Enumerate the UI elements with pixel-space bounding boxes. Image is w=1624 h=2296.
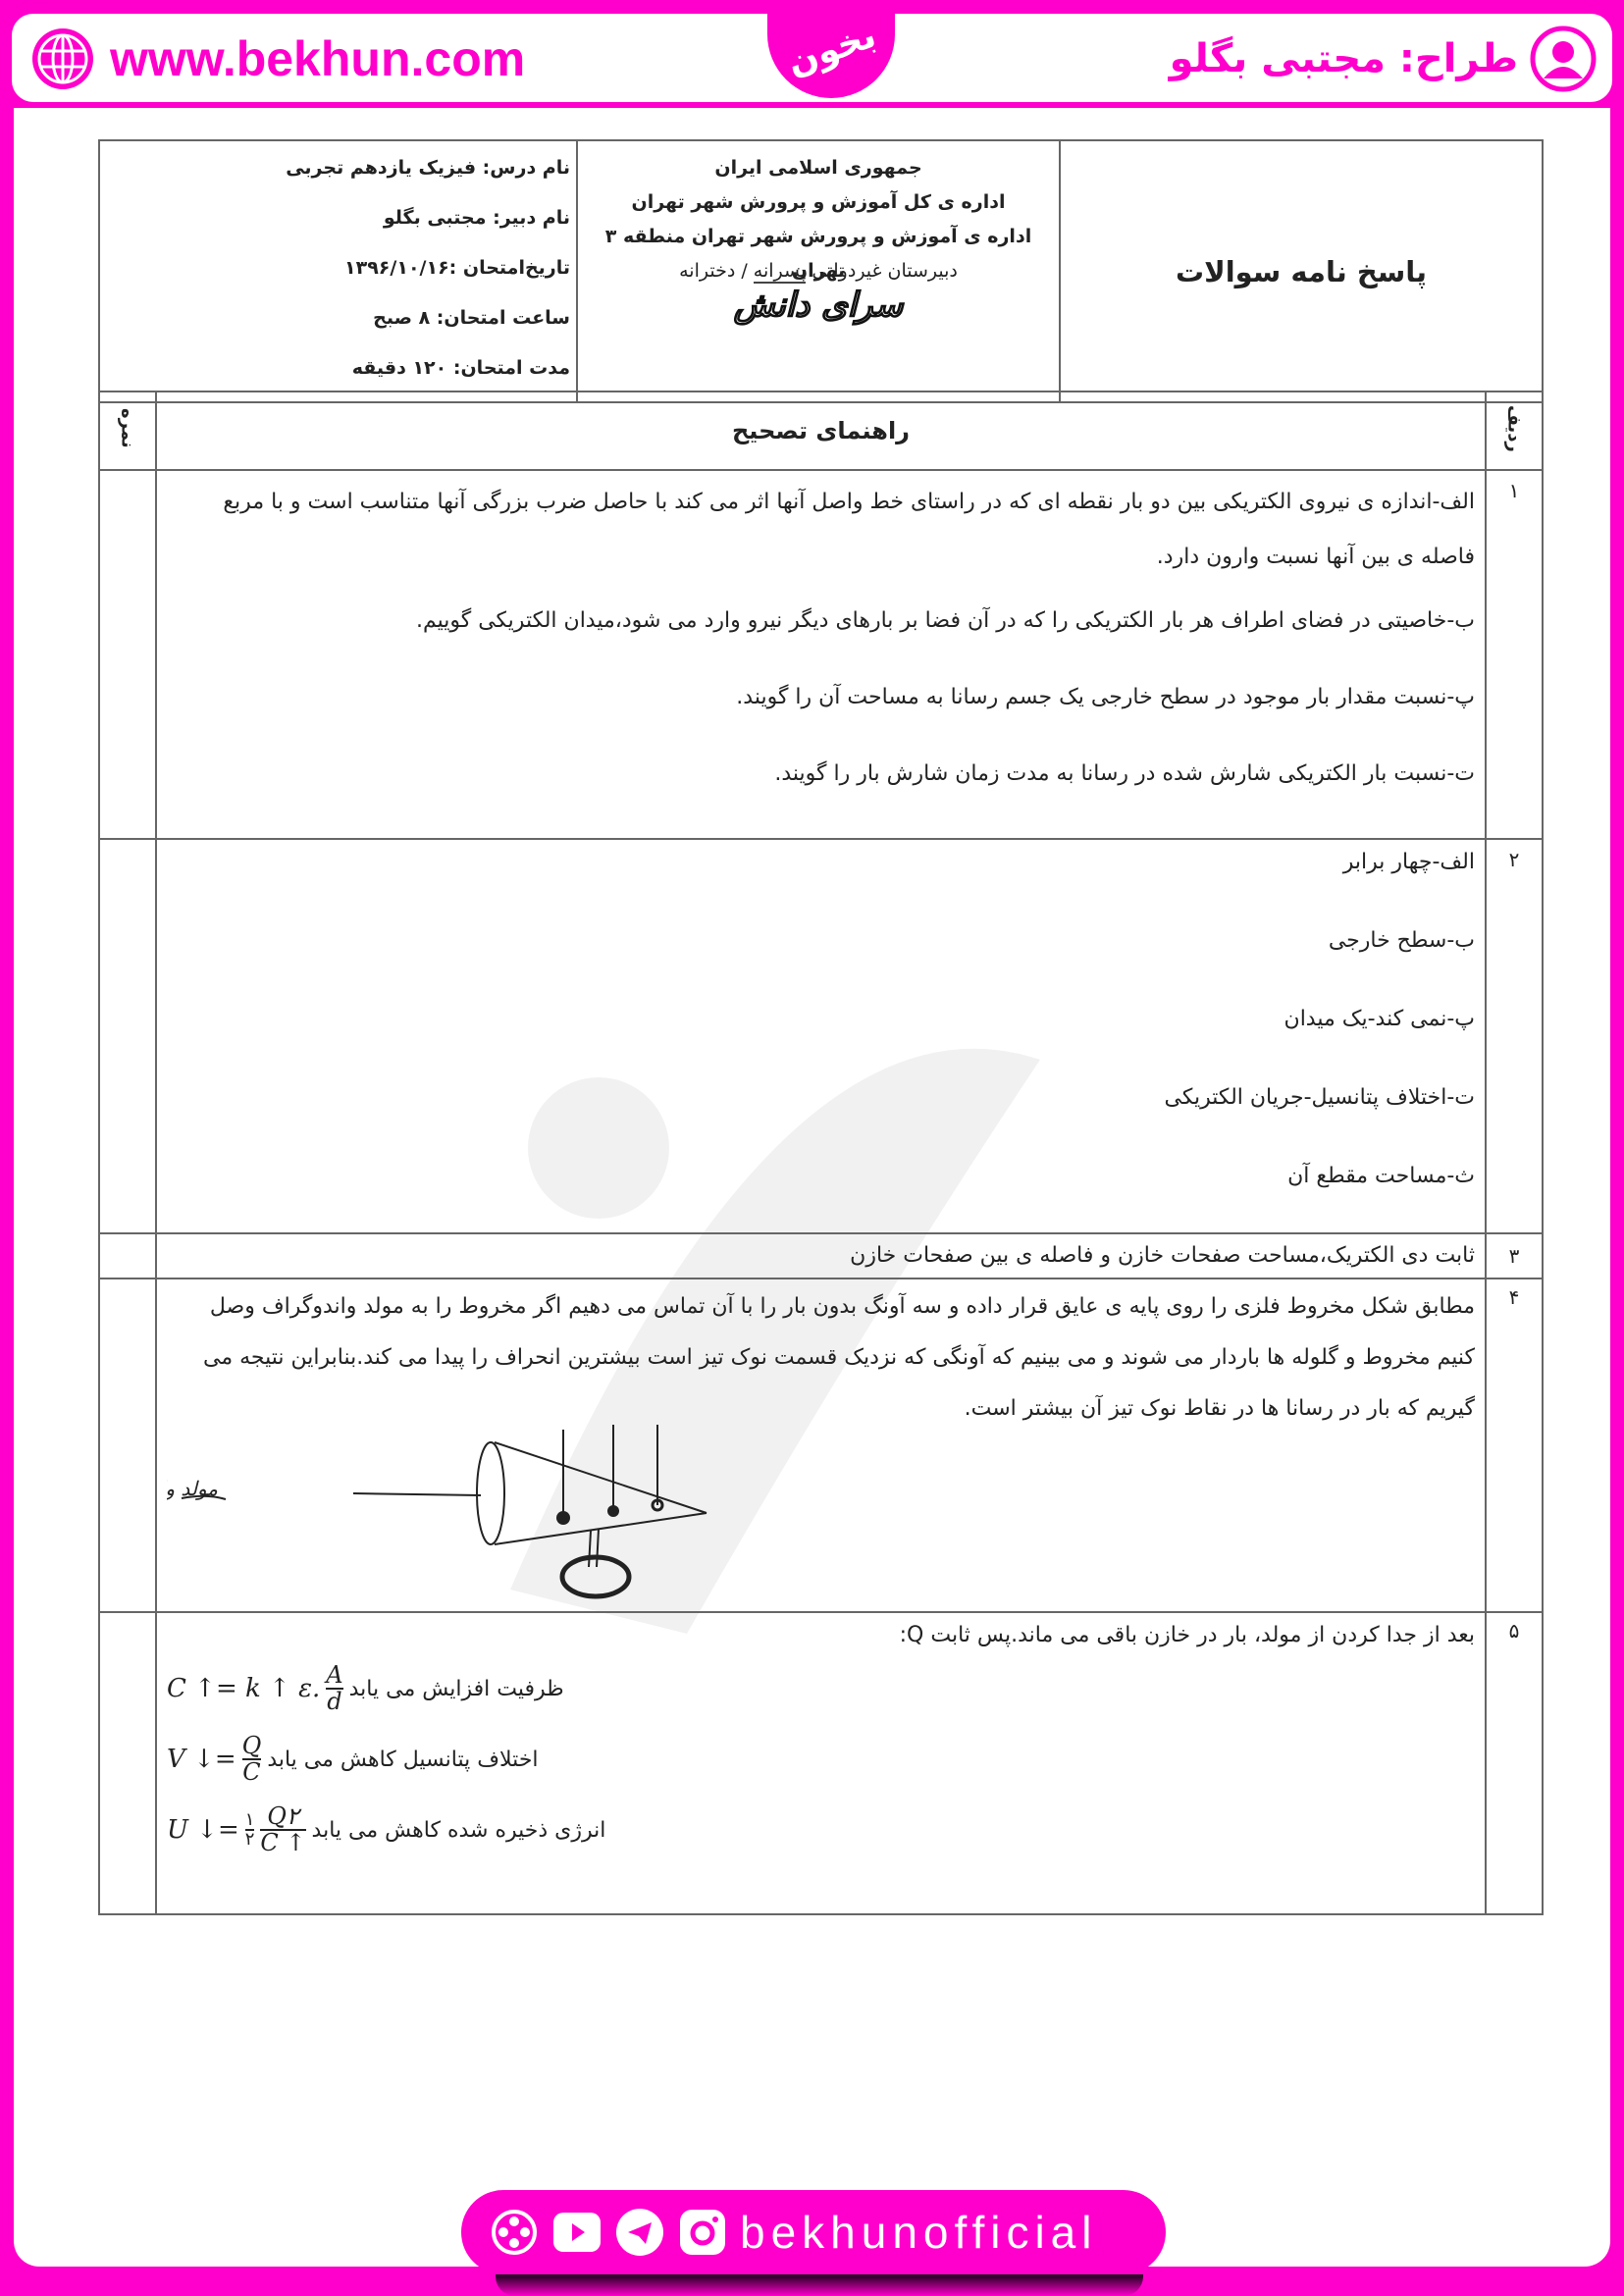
table-row: ۳ ثابت دی الکتریک،مساحت صفحات خازن و فاص… bbox=[99, 1233, 1543, 1278]
sheet-title-text: پاسخ نامه سوالات bbox=[1176, 255, 1427, 288]
school-logo: سرای دانش bbox=[579, 288, 1058, 323]
instagram-icon[interactable] bbox=[677, 2207, 728, 2258]
telegram-icon[interactable] bbox=[614, 2207, 665, 2258]
website-header[interactable]: www.bekhun.com bbox=[29, 22, 525, 96]
fraction: Q۲C ↑ bbox=[260, 1804, 305, 1855]
table-row: ۴ مطابق شکل مخروط فلزی را روی پایه ی عای… bbox=[99, 1278, 1543, 1612]
numerator: Q bbox=[242, 1734, 262, 1758]
website-url[interactable]: www.bekhun.com bbox=[110, 30, 525, 87]
numerator: Q۲ bbox=[267, 1804, 299, 1829]
answer-sheet-table: پاسخ نامه سوالات جمهوری اسلامی ایران ادا… bbox=[98, 139, 1544, 403]
logo-text: بخون bbox=[781, 15, 880, 83]
cone-figure: مولد واندوگراف bbox=[167, 1435, 1475, 1611]
school-prefix: دبیرستان غیردولتی bbox=[806, 260, 958, 282]
sheet-title: پاسخ نامه سوالات bbox=[1060, 140, 1543, 402]
answer-1d: ت-نسبت بار الکتریکی شارش شده در رسانا به… bbox=[167, 756, 1475, 793]
formula-desc: انرژی ذخیره شده کاهش می یابد bbox=[312, 1812, 606, 1849]
designer-name: طراح: مجتبی بگلو bbox=[1170, 36, 1518, 81]
ministry-block: جمهوری اسلامی ایران اداره ی کل آموزش و پ… bbox=[577, 140, 1060, 402]
score-label: نمره bbox=[118, 408, 138, 448]
row-number: ۴ bbox=[1486, 1278, 1543, 1612]
table-row: ۵ بعد از جدا کردن از مولد، بار در خازن ب… bbox=[99, 1612, 1543, 1914]
formula-desc: اختلاف پتانسیل کاهش می یابد bbox=[267, 1742, 538, 1778]
table-row: ۲ الف-چهار برابر ب-سطح خارجی پ-نمی کند-ی… bbox=[99, 839, 1543, 1233]
formula-desc: ظرفیت افزایش می یابد bbox=[349, 1671, 564, 1707]
table-row: ۱ الف-اندازه ی نیروی الکتریکی بین دو بار… bbox=[99, 470, 1543, 839]
score-cell bbox=[99, 470, 156, 839]
col-header-guide: راهنمای تصحیح bbox=[156, 391, 1486, 470]
col-header-row-number: ردیف bbox=[1486, 391, 1543, 470]
answer-1c: پ-نسبت مقدار بار موجود در سطح خارجی یک ج… bbox=[167, 679, 1475, 716]
denominator: C ↑ bbox=[260, 1831, 305, 1855]
table-header-row: ردیف راهنمای تصحیح نمره bbox=[99, 391, 1543, 470]
denominator: ۲ bbox=[245, 1831, 255, 1850]
user-icon bbox=[1530, 26, 1597, 92]
row-number: ۵ bbox=[1486, 1612, 1543, 1914]
answer-cell: الف-اندازه ی نیروی الکتریکی بین دو بار ن… bbox=[156, 470, 1486, 839]
answer-cell: مطابق شکل مخروط فلزی را روی پایه ی عایق … bbox=[156, 1278, 1486, 1612]
formula-energy: U ↓= ۱۲ Q۲C ↑ انرژی ذخیره شده کاهش می یا… bbox=[167, 1795, 1475, 1865]
ministry-line-3: اداره ی آموزش و پرورش شهر تهران منطقه ۳ … bbox=[579, 220, 1058, 254]
cone-electroscope-diagram: مولد واندوگراف bbox=[167, 1425, 716, 1601]
answers-table: ردیف راهنمای تصحیح نمره ۱ الف-اندازه ی ن… bbox=[98, 391, 1544, 1915]
formula-lhs: C ↑= k ↑ ε. bbox=[167, 1667, 320, 1710]
answer-1b: ب-خاصیتی در فضای اطراف هر بار الکتریکی ر… bbox=[167, 602, 1475, 640]
score-cell bbox=[99, 1278, 156, 1612]
exam-date: تاریخ‌امتحان :۱۳۹۶/۱۰/۱۶ bbox=[100, 251, 570, 301]
answer-2e: ث-مساحت مقطع آن bbox=[167, 1158, 1475, 1195]
answer-2d: ت-اختلاف پتانسیل-جریان الکتریکی bbox=[167, 1079, 1475, 1117]
row-number: ۱ bbox=[1486, 470, 1543, 839]
row-label: ردیف bbox=[1504, 405, 1525, 452]
formula-lhs: V ↓= bbox=[167, 1738, 236, 1781]
score-cell bbox=[99, 1233, 156, 1278]
aparat-icon[interactable] bbox=[489, 2207, 540, 2258]
ministry-line-2: اداره ی کل آموزش و پرورش شهر تهران bbox=[579, 185, 1058, 220]
social-handle[interactable]: bekhunofficial bbox=[740, 2206, 1097, 2259]
score-cell bbox=[99, 839, 156, 1233]
row-number: ۲ bbox=[1486, 839, 1543, 1233]
denominator: d bbox=[327, 1690, 341, 1714]
answer-5-intro: بعد از جدا کردن از مولد، بار در خازن باق… bbox=[167, 1617, 1475, 1653]
numerator: ۱ bbox=[245, 1811, 255, 1830]
school-type-selected: پسرانه bbox=[754, 260, 806, 284]
designer-header: طراح: مجتبی بگلو bbox=[1170, 22, 1597, 96]
fraction: QC bbox=[242, 1734, 262, 1785]
formula-capacitance: C ↑= k ↑ ε. Ad ظرفیت افزایش می یابد bbox=[167, 1653, 1475, 1724]
school-suffix: / دخترانه bbox=[679, 260, 754, 282]
formula-lhs: U ↓= bbox=[167, 1808, 239, 1852]
answer-2c: پ-نمی کند-یک میدان bbox=[167, 1001, 1475, 1038]
youtube-icon[interactable] bbox=[551, 2207, 602, 2258]
answer-2a: الف-چهار برابر bbox=[167, 844, 1475, 881]
exam-info: نام درس: فیزیک یازدهم تجربی نام دبیر: مج… bbox=[99, 140, 577, 402]
ministry-line-1: جمهوری اسلامی ایران bbox=[579, 151, 1058, 185]
score-cell bbox=[99, 1612, 156, 1914]
col-header-score: نمره bbox=[99, 391, 156, 470]
course-name: نام درس: فیزیک یازدهم تجربی bbox=[100, 151, 570, 201]
exam-time: ساعت امتحان: ۸ صبح bbox=[100, 301, 570, 351]
answer-cell: ثابت دی الکتریک،مساحت صفحات خازن و فاصله… bbox=[156, 1233, 1486, 1278]
figure-label: مولد واندوگراف bbox=[167, 1477, 218, 1500]
answer-2b: ب-سطح خارجی bbox=[167, 922, 1475, 960]
fraction: ۱۲ bbox=[245, 1811, 255, 1851]
school-line: دبیرستان غیردولتی پسرانه / دخترانه bbox=[579, 254, 1058, 288]
answer-1a: الف-اندازه ی نیروی الکتریکی بین دو بار ن… bbox=[167, 475, 1475, 585]
answer-cell: الف-چهار برابر ب-سطح خارجی پ-نمی کند-یک … bbox=[156, 839, 1486, 1233]
social-footer[interactable]: bekhunofficial bbox=[461, 2190, 1166, 2274]
answer-cell: بعد از جدا کردن از مولد، بار در خازن باق… bbox=[156, 1612, 1486, 1914]
denominator: C bbox=[242, 1760, 260, 1785]
exam-info-header: پاسخ نامه سوالات جمهوری اسلامی ایران ادا… bbox=[99, 140, 1543, 402]
globe-icon bbox=[29, 26, 96, 92]
row-number: ۳ bbox=[1486, 1233, 1543, 1278]
formula-voltage: V ↓= QC اختلاف پتانسیل کاهش می یابد bbox=[167, 1724, 1475, 1795]
answer-4: مطابق شکل مخروط فلزی را روی پایه ی عایق … bbox=[167, 1281, 1475, 1435]
teacher-name: نام دبیر: مجتبی بگلو bbox=[100, 201, 570, 251]
footer-shadow bbox=[496, 2274, 1143, 2296]
numerator: A bbox=[326, 1663, 342, 1688]
fraction: Ad bbox=[326, 1663, 342, 1714]
